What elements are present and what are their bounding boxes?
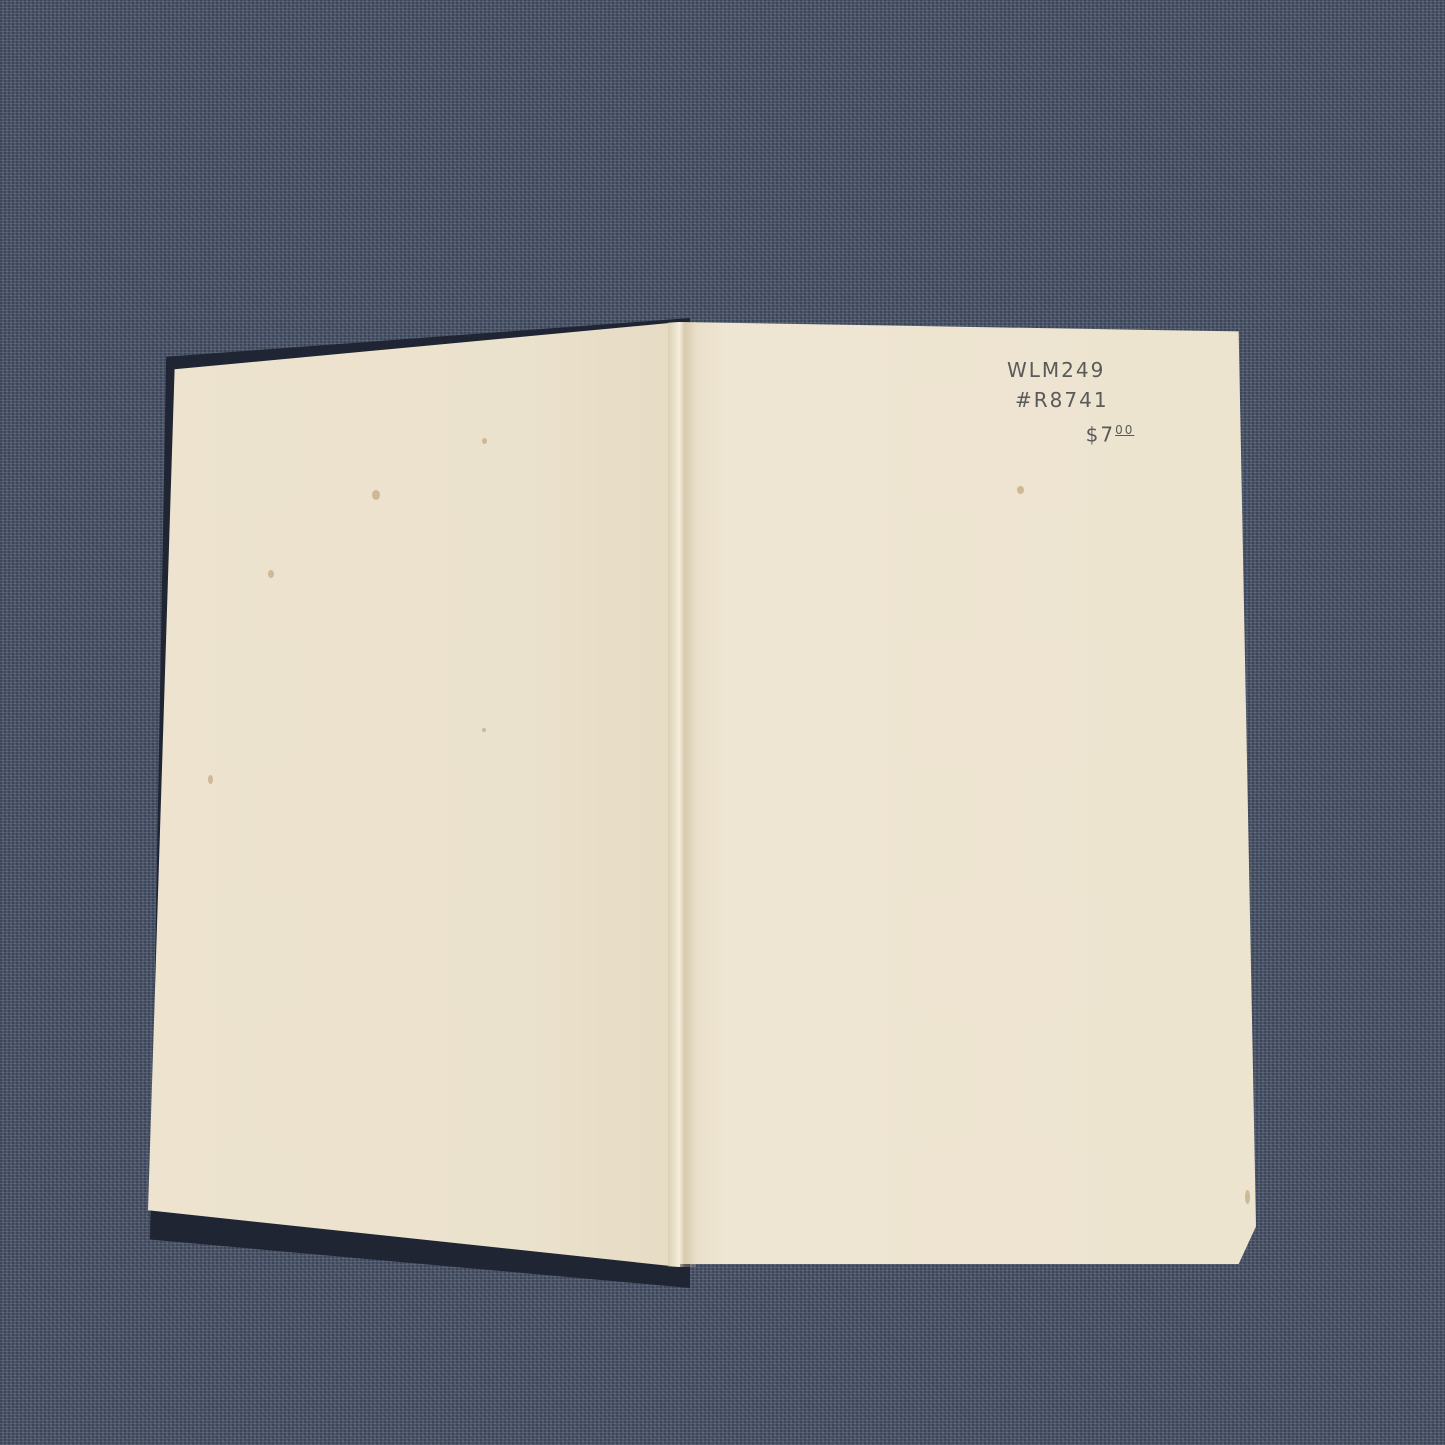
foxing-spot (208, 775, 213, 784)
price-symbol: $ (1086, 423, 1101, 447)
price-whole: 7 (1100, 423, 1115, 447)
price-cents: 00 (1115, 423, 1134, 437)
foxing-spot (482, 438, 487, 444)
photo-scene: WLM249 #R8741 $700 (0, 0, 1445, 1445)
foxing-spot (372, 490, 380, 500)
price: $700 (1005, 415, 1175, 450)
reference-number: #R8741 (1005, 385, 1175, 415)
left-endpaper (148, 322, 680, 1267)
foxing-spot (268, 570, 274, 578)
inventory-code: WLM249 (1005, 355, 1175, 385)
foxing-spot (1245, 1190, 1250, 1204)
handwritten-note: WLM249 #R8741 $700 (1005, 355, 1175, 450)
foxing-spot (482, 728, 486, 732)
foxing-spot (1017, 486, 1024, 494)
book-spine-fold (668, 322, 696, 1267)
right-endpaper (678, 322, 1256, 1264)
